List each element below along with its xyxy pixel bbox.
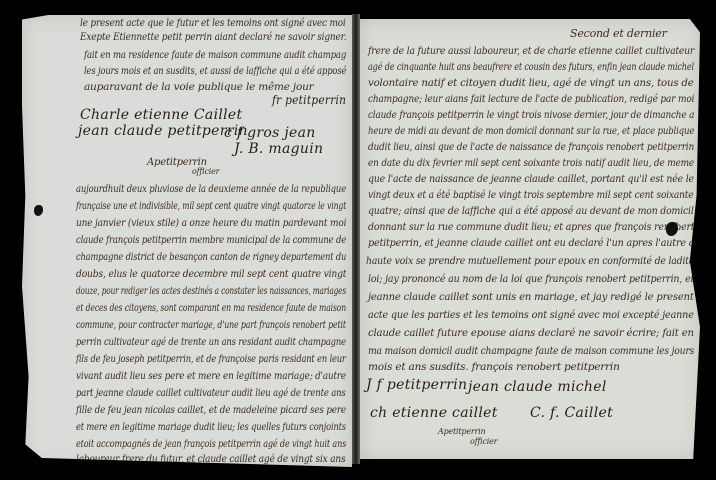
text-line: petitperrin, et jeanne claude caillet on… xyxy=(368,237,694,249)
text-line: fille de feu jean nicolas caillet, et de… xyxy=(76,404,346,416)
text-line: claude caillet future epouse aians decla… xyxy=(368,327,694,339)
text-line: frere de la future aussi laboureur, et d… xyxy=(368,45,694,57)
text-line: heure de midi au devant de mon domicil d… xyxy=(368,125,694,137)
right-page: Second et dernier frere de la future aus… xyxy=(360,19,700,459)
text-line: claude françois petitperrin le vingt tro… xyxy=(368,109,694,121)
signature: fr petitperrin xyxy=(272,93,346,107)
text-line: une janvier (vieux stile) a onze heure d… xyxy=(76,217,346,229)
text-line: douze, pour rediger les actes destinés a… xyxy=(76,285,346,297)
signature: J f petitperrin xyxy=(366,377,467,393)
text-line: en date du dix fevrier mil sept cent soi… xyxy=(368,157,694,169)
signature: C. f. Caillet xyxy=(530,405,613,421)
text-line: et mere en legitime mariage dudit lieu; … xyxy=(76,421,346,433)
text-line: Exepte Etiennette petit perrin aiant dec… xyxy=(80,31,346,43)
text-line: quatre; ainsi que de laffiche qui a été … xyxy=(368,205,694,217)
text-line: que l'acte de naissance de jeanne claude… xyxy=(368,173,694,185)
text-line: vingt deux et a été baptisé le vingt tro… xyxy=(368,189,693,201)
text-line: acte que les parties et les temoins ont … xyxy=(368,309,694,321)
text-line: volontaire natif et citoyen dudit lieu, … xyxy=(368,77,694,89)
left-page: le present acte que le futur et les temo… xyxy=(22,15,352,467)
text-line: loi; jay prononcé au nom de la loi que f… xyxy=(368,273,694,285)
page-header: Second et dernier xyxy=(570,27,667,40)
text-line: auparavant de la voie publique le même j… xyxy=(84,81,314,93)
text-line: française une et indivisible, mil sept c… xyxy=(76,200,346,212)
text-line: agé de cinquante huit ans beaufrere et c… xyxy=(368,61,694,73)
officer-title: officier xyxy=(192,167,219,176)
text-line: haute voix se prendre mutuellement pour … xyxy=(366,255,694,267)
text-line: fait en ma residence faute de maison com… xyxy=(84,49,346,61)
text-line: le present acte que le futur et les temo… xyxy=(80,17,346,29)
text-line: vivant audit lieu ses pere et mere en le… xyxy=(76,370,346,382)
text-line: perrin cultivateur agé de trente un ans … xyxy=(76,336,346,348)
signature: Charle etienne Caillet xyxy=(80,107,242,123)
text-line: commune, pour contracter mariage, d'une … xyxy=(76,319,346,331)
text-line: dudit lieu, ainsi que de l'acte de naiss… xyxy=(368,141,694,153)
signature: jean claude michel xyxy=(468,379,607,395)
text-line: champagne district de besançon canton de… xyxy=(76,251,346,263)
signature: jean claude petitperrin xyxy=(78,123,248,139)
page-gutter xyxy=(352,14,360,464)
text-line: part jeanne claude caillet cultivateur a… xyxy=(76,387,346,399)
text-line: jeanne claude caillet sont unis en maria… xyxy=(368,291,694,303)
signature: J. B. maguin xyxy=(234,141,323,157)
text-line: ma maison domicil audit champagne faute … xyxy=(368,345,694,357)
text-line: champagne; leur aians fait lecture de l'… xyxy=(368,93,694,105)
text-line: etoit accompagnés de jean françois petit… xyxy=(76,438,346,450)
officer-title: officier xyxy=(470,437,497,446)
text-line: donnant sur la rue commune dudit lieu; e… xyxy=(368,221,694,233)
officer-signature: Apetitperrin xyxy=(438,427,485,436)
text-line: mois et ans susdits. françois renobert p… xyxy=(368,361,620,373)
text-line: claude françois petitperrin membre munic… xyxy=(76,234,346,246)
text-line: laboureur frere du futur, et claude cail… xyxy=(76,453,345,465)
signature: ch etienne caillet xyxy=(370,405,498,421)
text-line: et deces des citoyens, sont comparant en… xyxy=(76,302,346,314)
signature: c f gros jean xyxy=(224,125,316,141)
text-line: doubs, elus le quatorze decembre mil sep… xyxy=(76,268,346,280)
text-line: les jours mois et an susdits, et aussi d… xyxy=(84,65,346,77)
text-line: aujourdhuit deux pluviose de la deuxieme… xyxy=(76,183,346,195)
text-line: fils de feu joseph petitperrin, et de fr… xyxy=(76,353,346,365)
